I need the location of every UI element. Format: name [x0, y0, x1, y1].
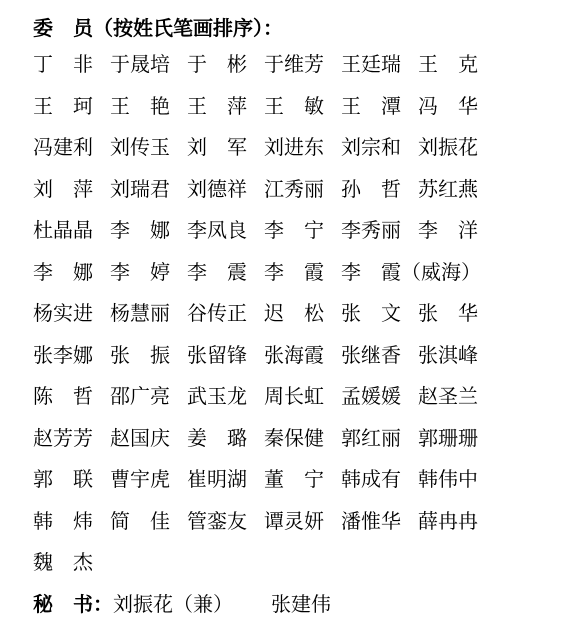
member-name: 韩伟中: [418, 463, 478, 492]
committee-document: 委 员（按姓氏笔画排序）： 丁 非 于晟培 于 彬 于维芳 王廷瑞 王 克 王 …: [0, 0, 567, 625]
member-name: 迟 松: [264, 297, 324, 326]
member-name: 张淇峰: [418, 339, 478, 368]
member-row: 魏 杰: [33, 540, 557, 582]
member-name: 孟媛媛: [341, 380, 401, 409]
member-name: 赵圣兰: [418, 380, 478, 409]
member-name: 王 珂: [33, 90, 93, 119]
member-name: 王 艳: [110, 90, 170, 119]
member-name: 江秀丽: [264, 173, 324, 202]
member-name: 李 霞（威海）: [341, 256, 481, 285]
member-row: 李 娜 李 婷 李 震 李 霞 李 霞（威海）: [33, 250, 557, 292]
member-name: 董 宁: [264, 463, 324, 492]
member-name: 刘传玉: [110, 131, 170, 160]
member-name: 杨实进: [33, 297, 93, 326]
member-name: 韩成有: [341, 463, 401, 492]
member-name: 简 佳: [110, 505, 170, 534]
member-name: 李 宁: [264, 214, 324, 243]
member-row: 赵芳芳 赵国庆 姜 璐 秦保健 郭红丽 郭珊珊: [33, 416, 557, 458]
member-name: 韩 炜: [33, 505, 93, 534]
member-name: 秦保健: [264, 422, 324, 451]
member-row: 刘 萍 刘瑞君 刘德祥 江秀丽 孙 哲 苏红燕: [33, 167, 557, 209]
member-name: 杜晶晶: [33, 214, 93, 243]
member-name: 谷传正: [187, 297, 247, 326]
member-name: 冯 华: [418, 90, 478, 119]
member-name: 曹宇虎: [110, 463, 170, 492]
member-name: 李凤良: [187, 214, 247, 243]
member-name: 李秀丽: [341, 214, 401, 243]
member-name: 周长虹: [264, 380, 324, 409]
member-name: 刘进东: [264, 131, 324, 160]
member-name: 刘德祥: [187, 173, 247, 202]
member-name: 王 敏: [264, 90, 324, 119]
member-name: 张 华: [418, 297, 478, 326]
member-name: 李 震: [187, 256, 247, 285]
member-name: 杨慧丽: [110, 297, 170, 326]
member-name: 张留锋: [187, 339, 247, 368]
member-name: 李 娜: [33, 256, 93, 285]
member-row: 张李娜 张 振 张留锋 张海霞 张继香 张淇峰: [33, 333, 557, 375]
member-name: 陈 哲: [33, 380, 93, 409]
member-name: 武玉龙: [187, 380, 247, 409]
member-name: 管銮友: [187, 505, 247, 534]
member-name: 刘宗和: [341, 131, 401, 160]
member-name: 孙 哲: [341, 173, 401, 202]
member-name: 冯建利: [33, 131, 93, 160]
member-row: 陈 哲 邵广亮 武玉龙 周长虹 孟媛媛 赵圣兰: [33, 374, 557, 416]
member-name: 赵国庆: [110, 422, 170, 451]
member-row: 韩 炜 简 佳 管銮友 谭灵妍 潘惟华 薛冉冉: [33, 499, 557, 541]
member-name: 于 彬: [187, 48, 247, 77]
member-name: 姜 璐: [187, 422, 247, 451]
member-row: 杜晶晶 李 娜 李凤良 李 宁 李秀丽 李 洋: [33, 208, 557, 250]
member-row: 冯建利 刘传玉 刘 军 刘进东 刘宗和 刘振花: [33, 125, 557, 167]
member-name: 刘 萍: [33, 173, 93, 202]
secretary-name: 刘振花（兼）: [113, 588, 233, 617]
member-name: 赵芳芳: [33, 422, 93, 451]
member-name: 邵广亮: [110, 380, 170, 409]
member-row: 丁 非 于晟培 于 彬 于维芳 王廷瑞 王 克: [33, 42, 557, 84]
member-name: 刘振花: [418, 131, 478, 160]
member-name: 张李娜: [33, 339, 93, 368]
secretary-row: 秘 书： 刘振花（兼） 张建伟: [33, 582, 557, 624]
member-name: 王 克: [418, 48, 478, 77]
member-name: 王 萍: [187, 90, 247, 119]
secretary-name: 张建伟: [271, 588, 331, 617]
member-name: 谭灵妍: [264, 505, 324, 534]
member-row: 王 珂 王 艳 王 萍 王 敏 王 潭 冯 华: [33, 84, 557, 126]
member-name: 王廷瑞: [341, 48, 401, 77]
member-name: 王 潭: [341, 90, 401, 119]
member-name: 崔明湖: [187, 463, 247, 492]
member-name: 魏 杰: [33, 546, 93, 575]
member-name: 郭珊珊: [418, 422, 478, 451]
member-row: 郭 联 曹宇虎 崔明湖 董 宁 韩成有 韩伟中: [33, 457, 557, 499]
member-name: 于维芳: [264, 48, 324, 77]
member-name: 刘 军: [187, 131, 247, 160]
member-name: 苏红燕: [418, 173, 478, 202]
member-name: 张 文: [341, 297, 401, 326]
member-name: 潘惟华: [341, 505, 401, 534]
member-name: 丁 非: [33, 48, 93, 77]
member-name: 郭 联: [33, 463, 93, 492]
member-name: 郭红丽: [341, 422, 401, 451]
member-name: 薛冉冉: [418, 505, 478, 534]
member-name: 张继香: [341, 339, 401, 368]
committee-title: 委 员（按姓氏笔画排序）：: [33, 10, 557, 42]
member-name: 张 振: [110, 339, 170, 368]
member-name: 李 洋: [418, 214, 478, 243]
member-name: 刘瑞君: [110, 173, 170, 202]
secretary-label: 秘 书：: [33, 588, 113, 617]
member-name: 李 娜: [110, 214, 170, 243]
member-name: 李 霞: [264, 256, 324, 285]
member-name: 李 婷: [110, 256, 170, 285]
member-name: 于晟培: [110, 48, 170, 77]
member-row: 杨实进 杨慧丽 谷传正 迟 松 张 文 张 华: [33, 291, 557, 333]
member-name: 张海霞: [264, 339, 324, 368]
